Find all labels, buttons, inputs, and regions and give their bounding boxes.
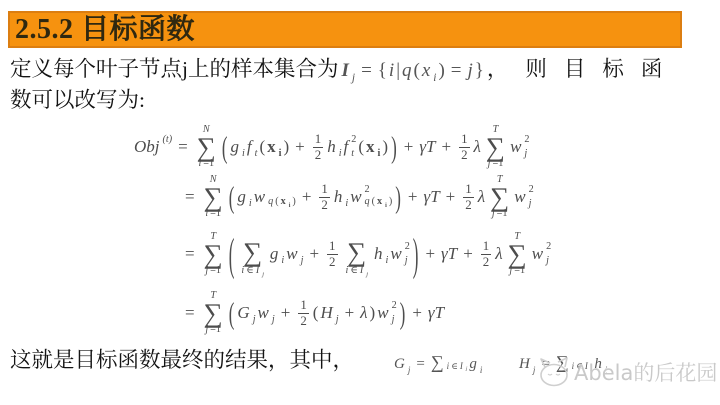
watermark-text: Abela的后花园 [574, 357, 717, 387]
slide: 2.5.2 目标函数 定义每个叶子节点j上的样本集合为Ij={i|q(xi)=j… [0, 0, 720, 405]
conclusion-text: 这就是目标函数最终的结果，其中， [10, 347, 354, 375]
intro-text-1: 定义每个叶子节点j上的样本集合为 [10, 57, 338, 81]
intro-line-1: 定义每个叶子节点j上的样本集合为Ij={i|q(xi)=j}，则目标函 [10, 56, 679, 84]
formula-line-3: =T∑j=1(∑i∈Ijgiwj+12∑i∈Ijhiw2j)+γT+12λT∑j… [180, 226, 552, 282]
watermark: Abela的后花园 [536, 356, 717, 388]
page-title: 2.5.2 目标函数 [15, 16, 195, 44]
intro-line-2: 数可以改写为: [10, 87, 145, 115]
cat-sketch-icon [536, 356, 572, 388]
title-bar: 2.5.2 目标函数 [8, 11, 682, 48]
formula-line-1: Obj(t)=N∑i=1(gift(xi)+12hif2t(xi))+γT+12… [133, 119, 531, 175]
leaf-set-formula: Ij={i|q(xi)=j} [340, 60, 484, 81]
formula-line-4: =T∑j=1(Gjwj+12(Hj+λ)w2j)+γT [180, 285, 445, 341]
gj-definition-formula: Gj=∑i∈Ijgi [393, 352, 483, 375]
formula-line-2: =N∑i=1(giwq(xi)+12hiw2q(xi))+γT+12λT∑j=1… [180, 169, 535, 225]
intro-text-2: ，则目标函 [487, 57, 680, 81]
